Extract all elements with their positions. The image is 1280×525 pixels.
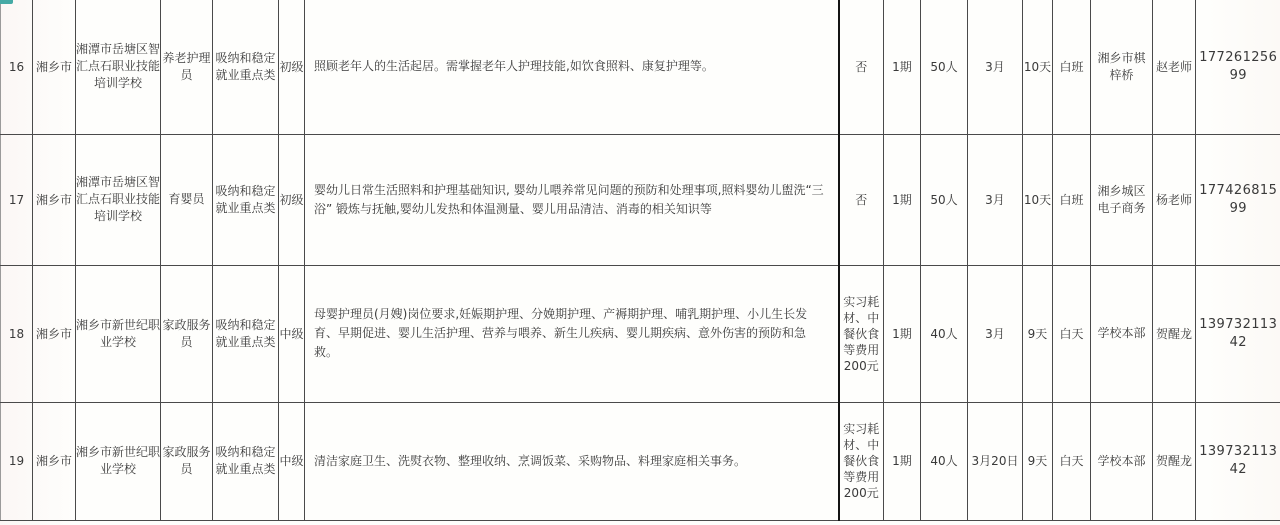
cell-city: 湘乡市 xyxy=(33,402,76,520)
cell-duration: 10天 xyxy=(1023,134,1053,265)
cell-description: 婴幼儿日常生活照料和护理基础知识, 婴幼儿喂养常见问题的预防和处理事项,照料婴幼… xyxy=(305,134,839,265)
cell-duration: 9天 xyxy=(1023,265,1053,402)
cell-category: 吸纳和稳定就业重点类 xyxy=(213,402,279,520)
cell-quota: 50人 xyxy=(921,134,968,265)
cell-category: 吸纳和稳定就业重点类 xyxy=(213,0,279,134)
table-row: 17 湘乡市 湘潭市岳塘区智汇点石职业技能培训学校 育婴员 吸纳和稳定就业重点类… xyxy=(1,134,1280,265)
cell-level: 中级 xyxy=(279,402,305,520)
cell-shift: 白班 xyxy=(1053,134,1091,265)
cell-fee: 否 xyxy=(839,134,884,265)
cell-row-number: 16 xyxy=(1,0,33,134)
cell-contact: 杨老师 xyxy=(1153,134,1196,265)
cell-category: 吸纳和稳定就业重点类 xyxy=(213,134,279,265)
cell-start-date: 3月 xyxy=(968,265,1023,402)
table-row: 16 湘乡市 湘潭市岳塘区智汇点石职业技能培训学校 养老护理员 吸纳和稳定就业重… xyxy=(1,0,1280,134)
cell-city: 湘乡市 xyxy=(33,0,76,134)
cell-phone: 13973211342 xyxy=(1196,265,1280,402)
cell-city: 湘乡市 xyxy=(33,134,76,265)
cell-description: 母婴护理员(月嫂)岗位要求,妊娠期护理、分娩期护理、产褥期护理、哺乳期护理、小儿… xyxy=(305,265,839,402)
cell-fee: 否 xyxy=(839,0,884,134)
cell-phone: 13973211342 xyxy=(1196,402,1280,520)
corner-artifact-mark xyxy=(0,0,13,4)
cell-quota: 40人 xyxy=(921,402,968,520)
table-row: 19 湘乡市 湘乡市新世纪职业学校 家政服务员 吸纳和稳定就业重点类 中级 清洁… xyxy=(1,402,1280,520)
cell-category: 吸纳和稳定就业重点类 xyxy=(213,265,279,402)
training-schedule-page: 16 湘乡市 湘潭市岳塘区智汇点石职业技能培训学校 养老护理员 吸纳和稳定就业重… xyxy=(0,0,1280,525)
cell-city: 湘乡市 xyxy=(33,265,76,402)
cell-venue: 学校本部 xyxy=(1091,265,1153,402)
cell-school: 湘潭市岳塘区智汇点石职业技能培训学校 xyxy=(76,0,161,134)
cell-sessions: 1期 xyxy=(884,265,921,402)
cell-sessions: 1期 xyxy=(884,134,921,265)
cell-description: 清洁家庭卫生、洗熨衣物、整理收纳、烹调饭菜、采购物品、料理家庭相关事务。 xyxy=(305,402,839,520)
cell-shift: 白天 xyxy=(1053,265,1091,402)
cell-occupation: 育婴员 xyxy=(161,134,213,265)
cell-school: 湘乡市新世纪职业学校 xyxy=(76,402,161,520)
cell-start-date: 3月20日 xyxy=(968,402,1023,520)
cell-shift: 白班 xyxy=(1053,0,1091,134)
cell-duration: 10天 xyxy=(1023,0,1053,134)
table-row: 18 湘乡市 湘乡市新世纪职业学校 家政服务员 吸纳和稳定就业重点类 中级 母婴… xyxy=(1,265,1280,402)
cell-level: 中级 xyxy=(279,265,305,402)
cell-sessions: 1期 xyxy=(884,402,921,520)
cell-start-date: 3月 xyxy=(968,0,1023,134)
cell-row-number: 19 xyxy=(1,402,33,520)
cell-level: 初级 xyxy=(279,0,305,134)
cell-contact: 贺醒龙 xyxy=(1153,265,1196,402)
cell-occupation: 家政服务员 xyxy=(161,265,213,402)
cell-venue: 学校本部 xyxy=(1091,402,1153,520)
cell-sessions: 1期 xyxy=(884,0,921,134)
cell-venue: 湘乡市棋梓桥 xyxy=(1091,0,1153,134)
cell-contact: 赵老师 xyxy=(1153,0,1196,134)
cell-duration: 9天 xyxy=(1023,402,1053,520)
cell-row-number: 17 xyxy=(1,134,33,265)
cell-quota: 50人 xyxy=(921,0,968,134)
cell-fee: 实习耗材、中餐伙食等费用200元 xyxy=(839,265,884,402)
cell-occupation: 养老护理员 xyxy=(161,0,213,134)
cell-contact: 贺醒龙 xyxy=(1153,402,1196,520)
cell-school: 湘乡市新世纪职业学校 xyxy=(76,265,161,402)
cell-phone: 17742681599 xyxy=(1196,134,1280,265)
cell-level: 初级 xyxy=(279,134,305,265)
training-schedule-table: 16 湘乡市 湘潭市岳塘区智汇点石职业技能培训学校 养老护理员 吸纳和稳定就业重… xyxy=(0,0,1280,521)
cell-description: 照顾老年人的生活起居。需掌握老年人护理技能,如饮食照料、康复护理等。 xyxy=(305,0,839,134)
cell-quota: 40人 xyxy=(921,265,968,402)
cell-phone: 17726125699 xyxy=(1196,0,1280,134)
cell-occupation: 家政服务员 xyxy=(161,402,213,520)
cell-school: 湘潭市岳塘区智汇点石职业技能培训学校 xyxy=(76,134,161,265)
cell-venue: 湘乡城区电子商务 xyxy=(1091,134,1153,265)
cell-fee: 实习耗材、中餐伙食等费用200元 xyxy=(839,402,884,520)
cell-row-number: 18 xyxy=(1,265,33,402)
cell-shift: 白天 xyxy=(1053,402,1091,520)
cell-start-date: 3月 xyxy=(968,134,1023,265)
